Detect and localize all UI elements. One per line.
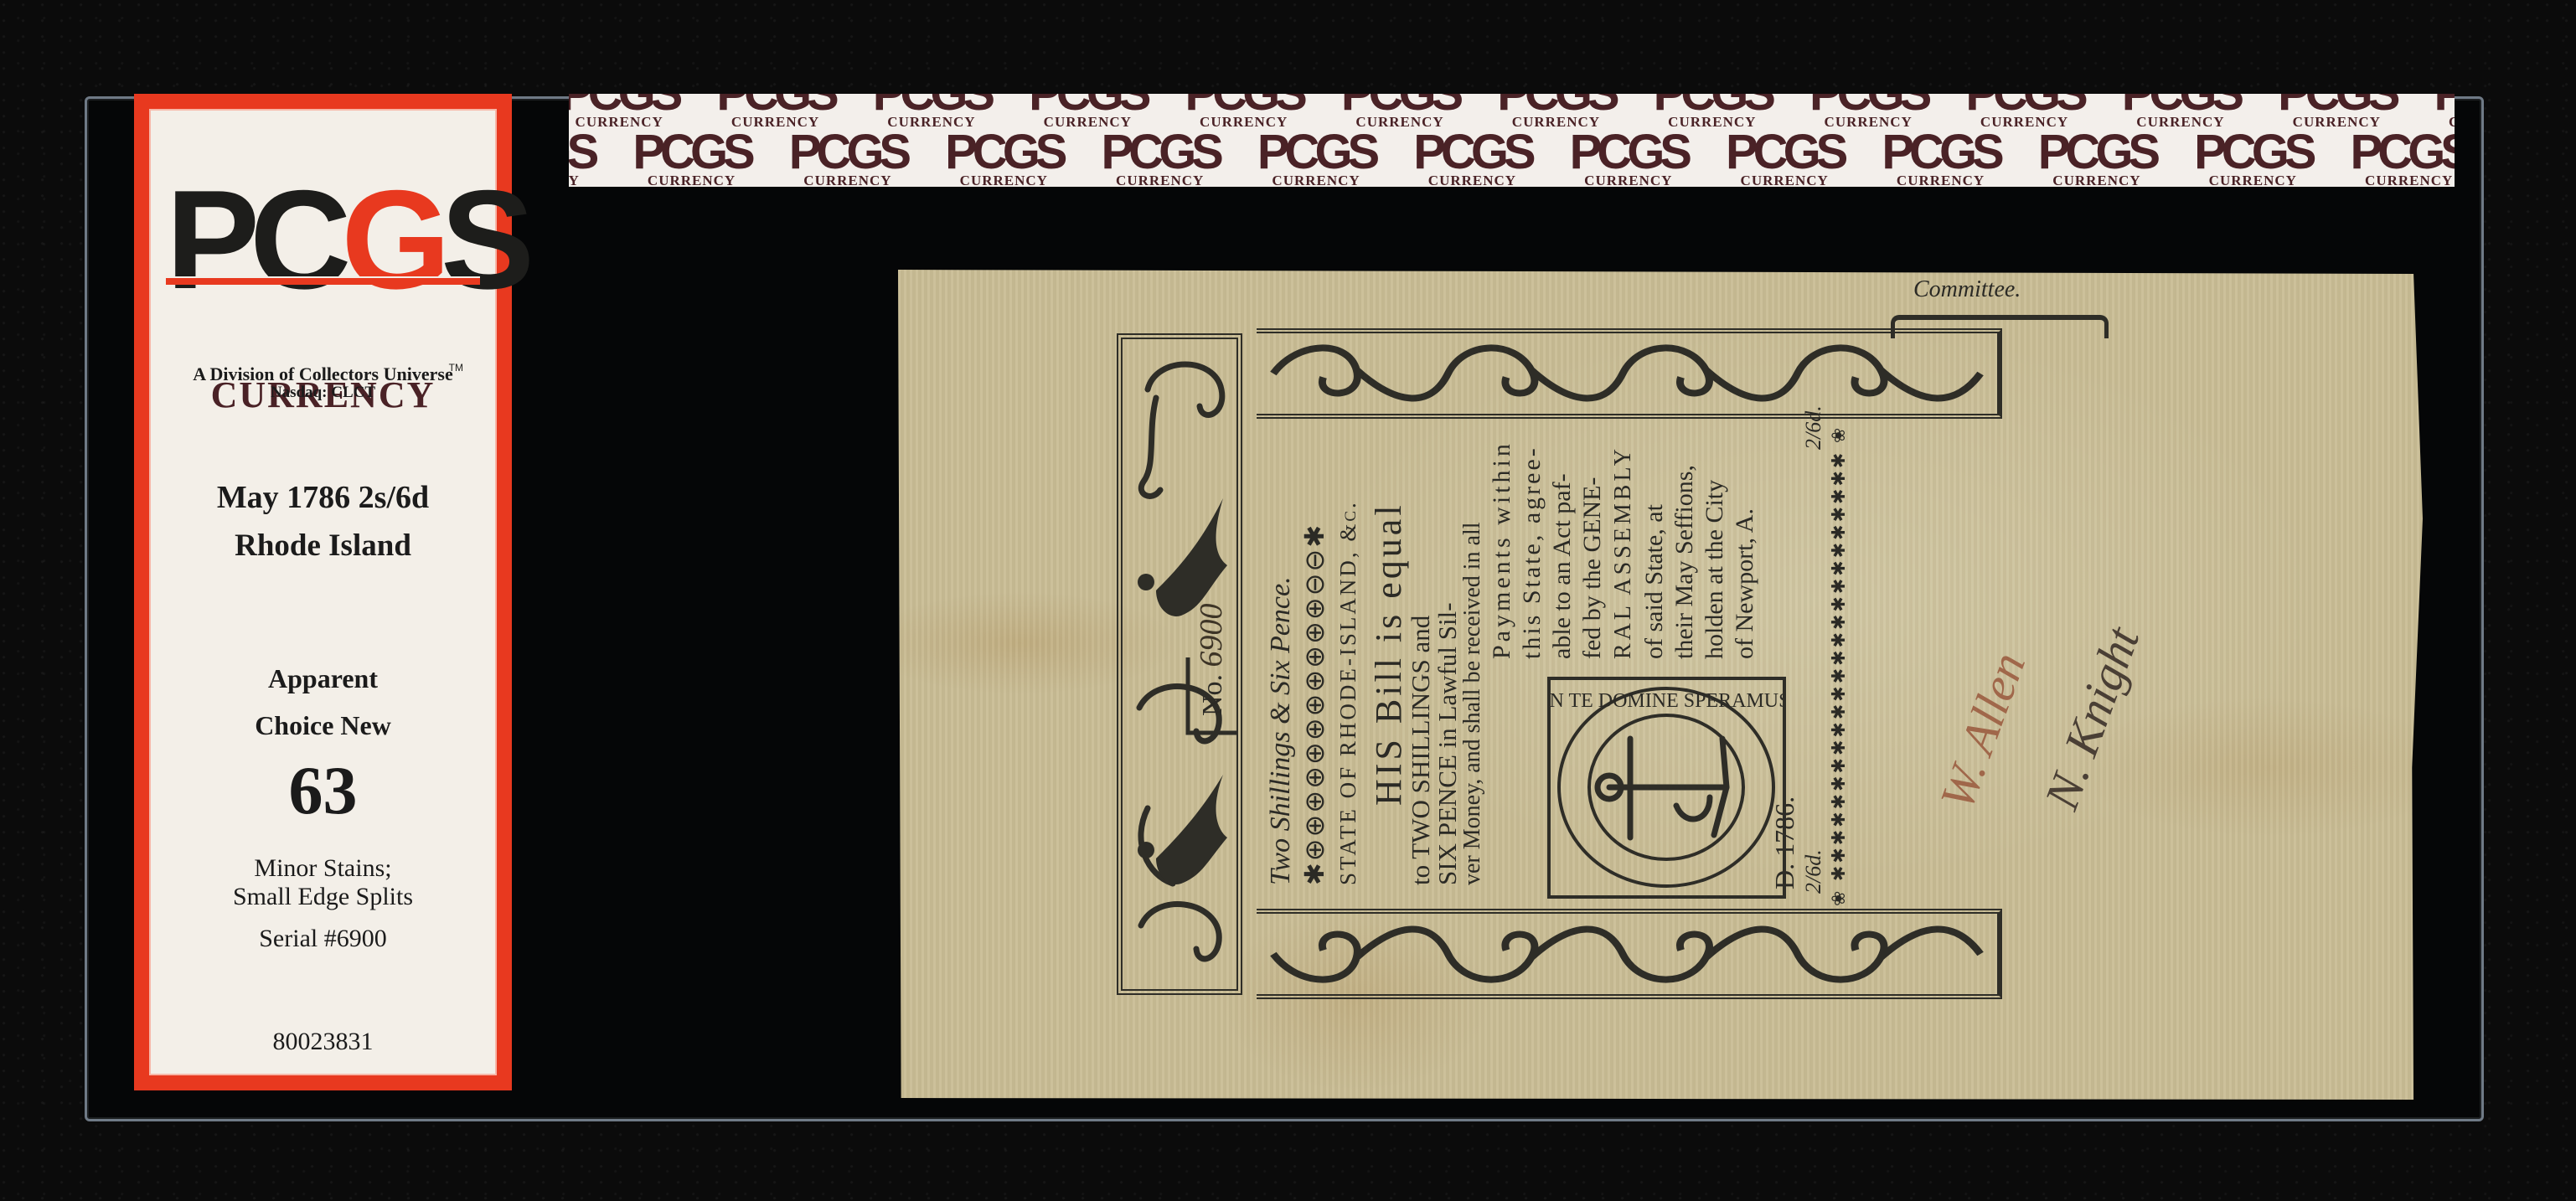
strip-pcgs-logo: PCGSCURRENCY <box>1102 131 1219 187</box>
strip-logo-row-bottom: PCGSCURRENCYPCGSCURRENCYPCGSCURRENCYPCGS… <box>569 131 2455 187</box>
comments-line-2: Small Edge Splits <box>151 883 495 911</box>
banknote: No. 6900 Two Shillings & Six Pence. ✱⊕⊕⊕… <box>898 270 2423 1100</box>
serial-number-printed: No. 6900 <box>1193 603 1230 716</box>
body-line-6: this State, agree- <box>1518 446 1546 659</box>
note-title: May 1786 2s/6d <box>151 479 495 516</box>
strip-pcgs-logo: PCGSCURRENCY <box>2122 94 2239 129</box>
body-line-2: to TWO SHILLINGS and <box>1406 616 1436 885</box>
strip-pcgs-logo: PCGSCURRENCY <box>1413 131 1531 187</box>
body-line-1: HIS Bill is equal <box>1367 502 1410 806</box>
strip-pcgs-logo: PCGSCURRENCY <box>789 131 906 187</box>
strip-pcgs-logo: PCGSCURRENCY <box>632 131 750 187</box>
body-line-3: SIX PENCE in Lawful Sil- <box>1433 602 1463 885</box>
grade-qualifier: Apparent <box>151 663 495 694</box>
body-line-5: Payments within <box>1488 441 1516 659</box>
strip-pcgs-logo: PCGSCURRENCY <box>1654 94 1771 129</box>
body-line-11: their May Seffions, <box>1670 465 1699 659</box>
division-text: A Division of Collectors Universe <box>151 363 495 385</box>
strip-pcgs-logo: PCGSCURRENCY <box>1029 94 1146 129</box>
body-line-13: of Newport, A. <box>1731 508 1759 659</box>
cert-number: 80023831 <box>151 1028 495 1056</box>
grading-label: PCGS TM CURRENCY A Division of Collector… <box>134 94 512 1090</box>
strip-pcgs-logo: PCGSCURRENCY <box>569 94 678 129</box>
value-mark-top: 2/6d. <box>1801 405 1826 450</box>
strip-pcgs-logo: PCGSCURRENCY <box>2278 94 2395 129</box>
strip-pcgs-logo: PCGSCURRENCY <box>1341 94 1458 129</box>
logo-red-bar <box>166 276 480 285</box>
body-line-9: RAL ASSEMBLY <box>1610 446 1637 659</box>
comments-line-1: Minor Stains; <box>151 854 495 883</box>
committee-brace <box>1891 315 2109 338</box>
signature-2: N. Knight <box>2033 620 2150 817</box>
grade-number: 63 <box>151 751 495 830</box>
pcgs-security-strip: PCGSCURRENCYPCGSCURRENCYPCGSCURRENCYPCGS… <box>569 94 2455 187</box>
body-line-8: fed by the GENE- <box>1578 477 1607 659</box>
label-card: PCGS TM CURRENCY A Division of Collector… <box>151 111 495 1074</box>
body-line-4: ver Money, and shall be received in all <box>1459 522 1486 885</box>
body-line-7: able to an Act paf- <box>1548 473 1577 659</box>
strip-pcgs-logo: PCGSCURRENCY <box>2038 131 2155 187</box>
strip-pcgs-logo: PCGSCURRENCY <box>1185 94 1303 129</box>
dot-ornament-row: ✱⊕⊕⊕⊕⊕⊕⊕⊕⊕⊕⊕⊖⊖✱ <box>1298 523 1330 885</box>
seal-motto: IN TE DOMINE SPERAMUS <box>1551 690 1783 712</box>
strip-pcgs-logo: PCGSCURRENCY <box>1497 94 1614 129</box>
left-ornament-frame: No. 6900 <box>1117 333 1242 995</box>
signature-1: W. Allen <box>1928 645 2037 817</box>
state-line: STATE OF RHODE-ISLAND, &c. <box>1335 500 1361 885</box>
denomination-line: Two Shillings & Six Pence. <box>1265 576 1297 885</box>
ornament-column: ❀ ✱✱✱✱✱✱✱✱✱✱✱✱✱✱✱✱✱✱✱✱✱✱✱✱ ❀ <box>1828 425 1850 906</box>
strip-pcgs-logo: PCGSCURRENCY <box>2194 131 2311 187</box>
strip-pcgs-logo: PCGSCURRENCY <box>569 131 594 187</box>
pcgs-logo-letters: PCGS <box>166 169 480 310</box>
body-line-12: holden at the City <box>1701 480 1729 659</box>
bottom-scroll-border <box>1257 909 2002 999</box>
committee-label: Committee. <box>1913 276 2021 303</box>
strip-pcgs-logo: PCGSCURRENCY <box>2351 131 2455 187</box>
grade-description: Choice New <box>151 710 495 741</box>
ticker-text: Nasdaq: CLCT <box>151 384 495 402</box>
serial-number-handwritten: 6900 <box>1194 603 1229 667</box>
serial-number: Serial #6900 <box>151 925 495 953</box>
strip-pcgs-logo: PCGSCURRENCY <box>1257 131 1375 187</box>
anchor-seal: IN TE DOMINE SPERAMUS <box>1547 677 1786 899</box>
anchor-icon: IN TE DOMINE SPERAMUS <box>1551 680 1783 895</box>
value-mark-bottom: 2/6d. <box>1801 849 1826 894</box>
top-scroll-border <box>1257 328 2002 419</box>
body-line-10: of said State, at <box>1640 504 1669 659</box>
strip-pcgs-logo: PCGSCURRENCY <box>873 94 990 129</box>
strip-pcgs-logo: PCGSCURRENCY <box>1809 94 1927 129</box>
strip-pcgs-logo: PCGSCURRENCY <box>1726 131 1843 187</box>
strip-pcgs-logo: PCGSCURRENCY <box>945 131 1062 187</box>
pcgs-logo: PCGS TM CURRENCY <box>166 169 480 370</box>
strip-pcgs-logo: PCGSCURRENCY <box>716 94 834 129</box>
scrollwork-icon <box>1265 920 1989 987</box>
scrollwork-icon <box>1265 340 1989 407</box>
strip-pcgs-logo: PCGSCURRENCY <box>1570 131 1687 187</box>
strip-pcgs-logo: PCGSCURRENCY <box>1882 131 1999 187</box>
strip-pcgs-logo: PCGSCURRENCY <box>1965 94 2083 129</box>
note-state: Rhode Island <box>151 528 495 564</box>
strip-pcgs-logo: PCGSCURRENCY <box>2434 94 2455 129</box>
